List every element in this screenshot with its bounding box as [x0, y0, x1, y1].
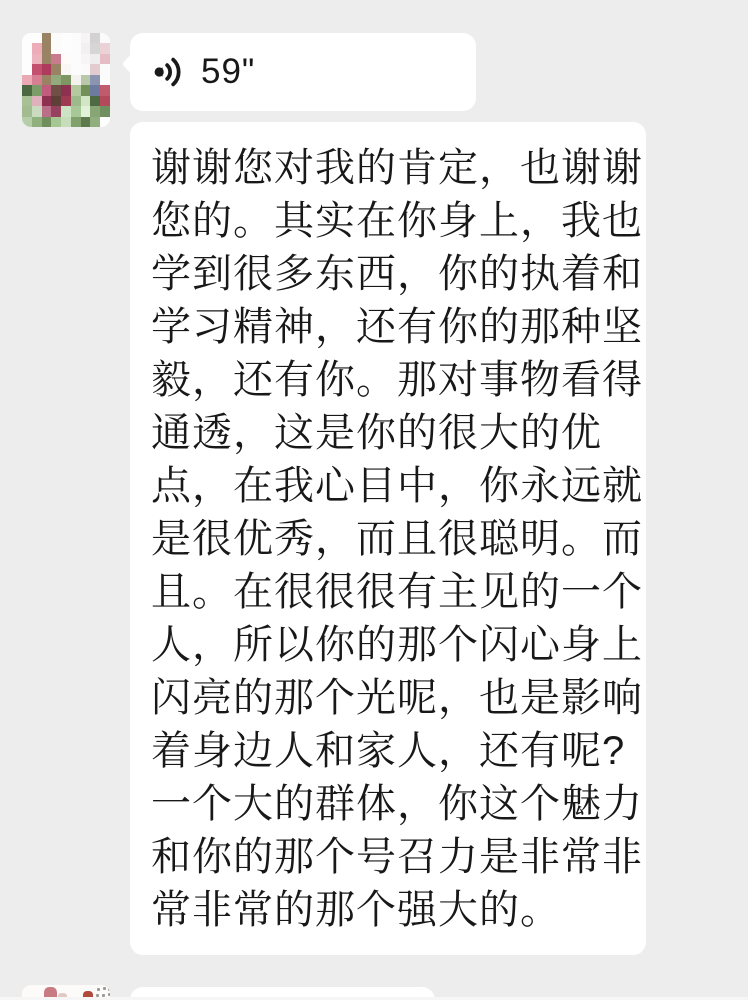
- transcript-bubble[interactable]: 谢谢您对我的肯定，也谢谢 您的。其实在你身上，我也 学到很多东西，你的执着和 学…: [130, 122, 646, 955]
- voice-message-bubble[interactable]: 59": [130, 33, 476, 111]
- voice-volume-icon: [152, 55, 184, 89]
- bubble-tail: [122, 53, 145, 76]
- sender-avatar-mosaic[interactable]: [22, 33, 110, 127]
- transcript-text: 谢谢您对我的肯定，也谢谢 您的。其实在你身上，我也 学到很多东西，你的执着和 学…: [151, 142, 634, 937]
- voice-duration-label: 59": [201, 52, 255, 92]
